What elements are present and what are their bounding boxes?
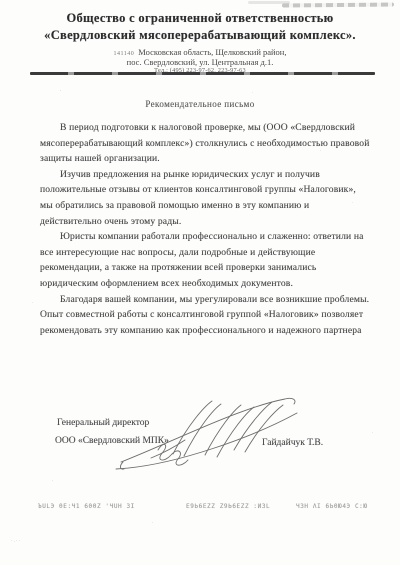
paragraph-1: В период подготовки к налоговой проверке… (40, 120, 370, 167)
header-divider-rule (30, 72, 375, 75)
letter-body: В период подготовки к налоговой проверке… (40, 120, 370, 338)
address-line1-text: Московская область, Щелковский район, (138, 47, 286, 57)
scan-mark-bottom-left: ·.·· (11, 539, 21, 544)
letter-title: Рекомендательное письмо (0, 99, 400, 109)
scan-noise (0, 0, 1, 1)
fax-stamp-middle: Е9Ь6ЕZZ Z9Ь6ЕZZ :ИЗL (186, 503, 270, 510)
address-line1: 141140Московская область, Щелковский рай… (0, 47, 400, 57)
paragraph-4: Благодаря вашей компании, мы урегулирова… (40, 292, 370, 339)
scan-smudge (282, 3, 394, 8)
paragraph-2: Изучив предложения на рынке юридических … (40, 167, 370, 229)
handwritten-signature (113, 392, 303, 474)
fax-stamp-left: ЪULЭ 0Е:Ч1 600Z 'ЧUН ЗI (38, 503, 135, 510)
address-line2: пос. Свердловский, ул. Центральная д.1. (0, 57, 400, 67)
org-name-line2: «Свердловский мясоперерабатывающий компл… (0, 28, 400, 43)
org-name-line1: Общество с ограниченной ответственностью (0, 11, 400, 26)
scanned-letter-page: Общество с ограниченной ответственностью… (0, 0, 400, 565)
fax-stamp-right: ЧЗН ΛI 6Ь0Ю4Э С:Ю (296, 503, 368, 510)
scan-smudge-2 (248, 1, 290, 4)
paragraph-3: Юристы компании работали профессионально… (40, 229, 370, 291)
